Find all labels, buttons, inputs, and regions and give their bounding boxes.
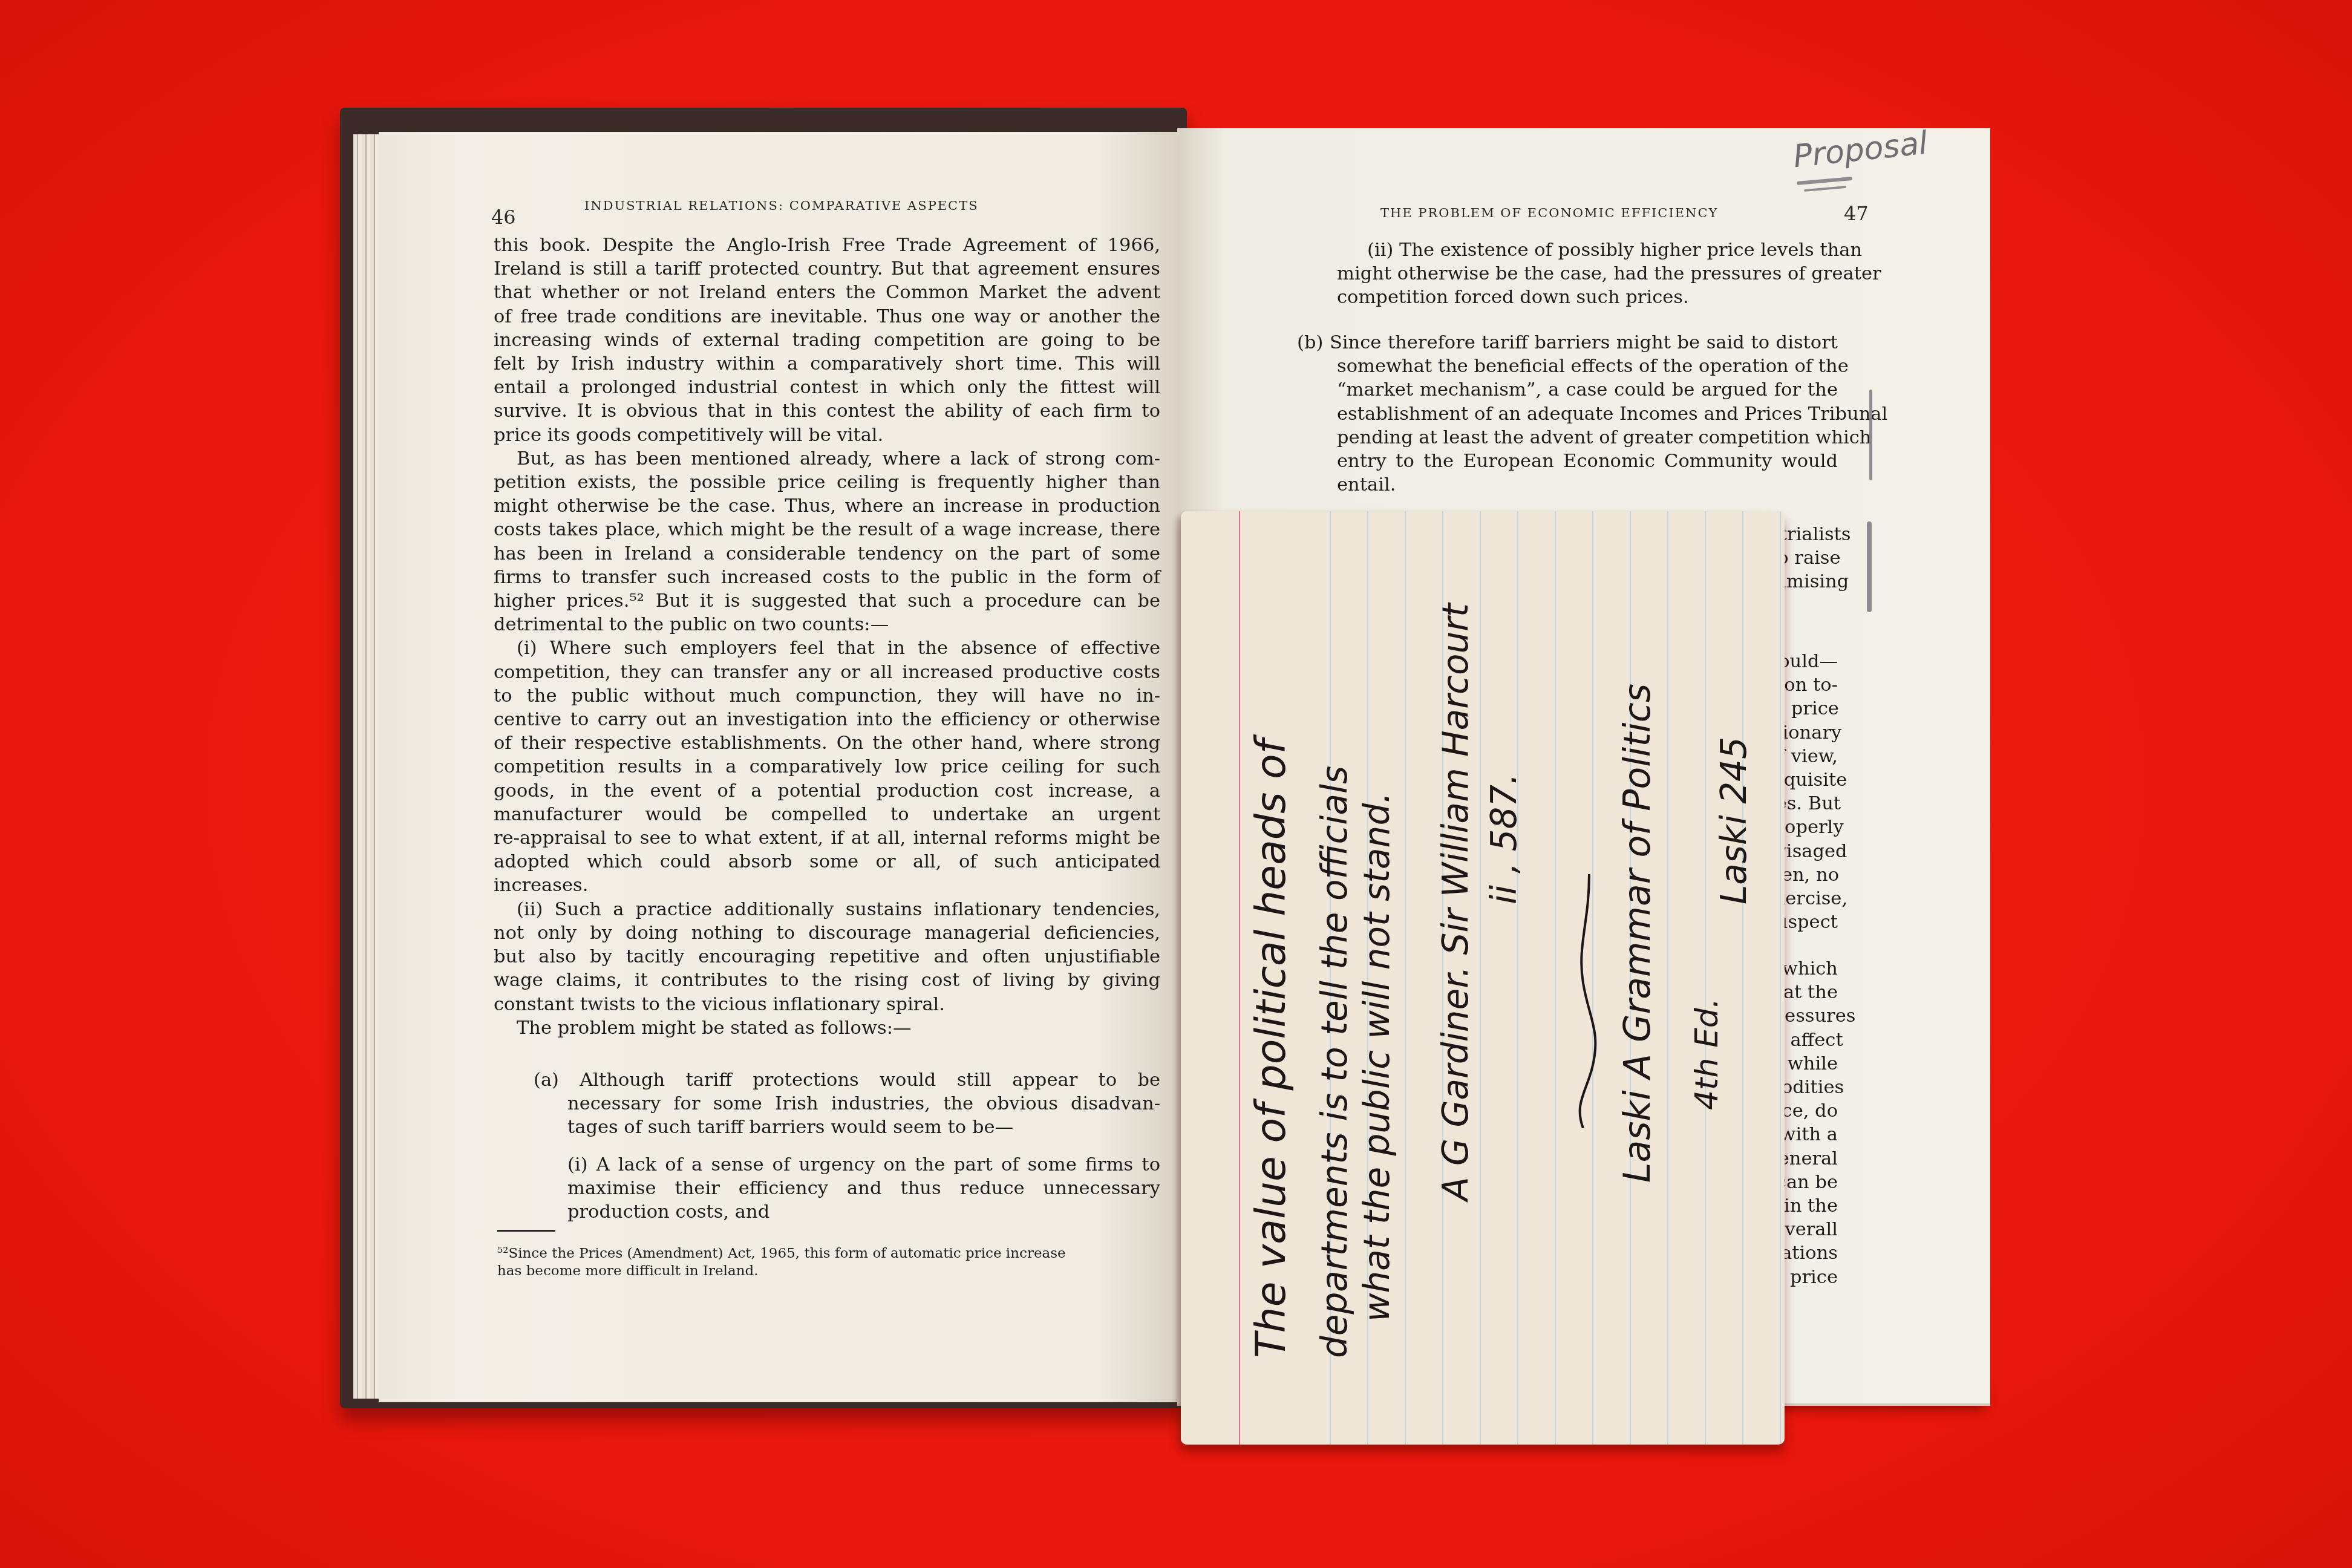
card-margin-rule [1239,511,1240,1445]
text-line: (a) Although tariff protections would st… [534,1068,1160,1092]
pencil-margin-mark [1869,390,1872,480]
text-line: petition exists, the possible price ceil… [494,471,1160,494]
index-card[interactable]: The value of political heads of departme… [1181,511,1785,1445]
handwritten-line: Laski 245 [1713,737,1754,904]
text-line: detrimental to the public on two counts:… [494,613,1160,636]
text-line: manufacturer would be compelled to under… [494,803,1160,826]
text-line: increases. [494,874,1160,897]
handwritten-line: Laski A Grammar of Politics [1616,684,1659,1183]
text-line: survive. It is obvious that in this cont… [494,399,1160,423]
text-line: constant twists to the vicious inflation… [494,993,1160,1016]
text-line: not only by doing nothing to discourage … [494,921,1160,945]
handwritten-line: what the public will not stand. [1356,792,1397,1322]
handwritten-line: 4th Ed. [1689,998,1725,1110]
text-line: (b) Since therefore tariff barriers migh… [1297,331,1838,354]
handwritten-line: The value of political heads of [1247,739,1295,1358]
text-line: felt by Irish industry within a comparat… [494,352,1160,376]
text-line: to the public without much compunction, … [494,684,1160,708]
text-line: firms to transfer such increased costs t… [494,566,1160,589]
text-line: increasing winds of external trading com… [494,328,1160,352]
text-line: might otherwise be the case, had the pre… [1337,262,1838,286]
text-line: might otherwise be the case. Thus, where… [494,494,1160,518]
text-line: goods, in the event of a potential produ… [494,779,1160,803]
handwritten-line: departments is to tell the officials [1314,766,1355,1358]
text-line: establishment of an adequate Incomes and… [1297,402,1838,426]
text-line: competition results in a comparatively l… [494,755,1160,779]
text-line: competition, they can transfer any or al… [494,661,1160,684]
footnote-divider [497,1230,555,1232]
text-line: (ii) Such a practice additionally sustai… [494,898,1160,921]
text-line: centive to carry out an investigation in… [494,708,1160,731]
page-stack-edges [353,134,379,1399]
text-line: pending at least the advent of greater c… [1297,426,1838,449]
text-line: of free trade conditions are inevitable.… [494,305,1160,328]
footnote: ⁵²Since the Prices (Amendment) Act, 1965… [497,1245,1163,1280]
text-line: this book. Despite the Anglo-Irish Free … [494,234,1160,257]
text-line: But, as has been mentioned already, wher… [494,447,1160,471]
text-line: that whether or not Ireland enters the C… [494,281,1160,304]
text-line: wage claims, it contributes to the risin… [494,969,1160,992]
left-page: 46 INDUSTRIAL RELATIONS: COMPARATIVE ASP… [379,132,1177,1402]
text-line: production costs, and [567,1200,1160,1224]
text-line: entry to the European Economic Community… [1297,449,1838,473]
text-line: Ireland is still a tariff protected coun… [494,257,1160,281]
running-head-right: THE PROBLEM OF ECONOMIC EFFICIENCY [1380,206,1718,220]
text-line: somewhat the beneficial effects of the o… [1297,354,1838,378]
left-page-body: this book. Despite the Anglo-Irish Free … [494,234,1160,1040]
page-number-right: 47 [1844,202,1869,225]
text-line: of their respective establishments. On t… [494,731,1160,755]
handwritten-line: A G Gardiner. Sir William Harcourt [1435,603,1476,1201]
list-item-a-i: (i) A lack of a sense of urgency on the … [567,1153,1160,1224]
text-line: costs takes place, which might be the re… [494,518,1160,541]
item-b: (b) Since therefore tariff barriers migh… [1297,331,1838,497]
text-line: but also by tacitly encouraging repetiti… [494,945,1160,969]
text-line: price its goods competitively will be vi… [494,423,1160,447]
pencil-margin-mark [1867,521,1872,612]
text-line: (ii) The existence of possibly higher pr… [1337,238,1838,262]
pencil-underline [1804,186,1846,192]
text-line: “market mechanism”, a case could be argu… [1297,378,1838,402]
text-line: maximise their efficiency and thus reduc… [567,1177,1160,1200]
running-head-left: INDUSTRIAL RELATIONS: COMPARATIVE ASPECT… [584,198,979,213]
text-line: higher prices.⁵² But it is suggested tha… [494,589,1160,613]
text-line: necessary for some Irish industries, the… [534,1092,1160,1116]
list-item-a: (a) Although tariff protections would st… [534,1068,1160,1140]
handwritten-line: ii , 587. [1483,773,1524,904]
text-line: re-appraisal to see to what extent, if a… [494,826,1160,850]
text-line: entail a prolonged industrial contest in… [494,376,1160,399]
pencil-annotation-proposal: Proposal [1791,125,1929,175]
text-line: (i) Where such employers feel that in th… [494,636,1160,660]
text-line: tages of such tariff barriers would seem… [534,1116,1160,1139]
item-ii: (ii) The existence of possibly higher pr… [1337,238,1838,310]
pencil-underline [1797,177,1852,185]
text-line: (i) A lack of a sense of urgency on the … [567,1153,1160,1177]
handwritten-squiggle [1571,874,1607,1128]
text-line: entail. [1297,473,1838,497]
text-line: has been in Ireland a considerable tende… [494,542,1160,566]
text-line: competition forced down such prices. [1337,286,1838,309]
text-line: The problem might be stated as follows:— [494,1016,1160,1040]
text-line: adopted which could absorb some or all, … [494,850,1160,874]
footnote-line: has become more difficult in Ireland. [497,1263,1163,1280]
page-number-left: 46 [491,206,516,229]
footnote-line: ⁵²Since the Prices (Amendment) Act, 1965… [497,1245,1163,1263]
